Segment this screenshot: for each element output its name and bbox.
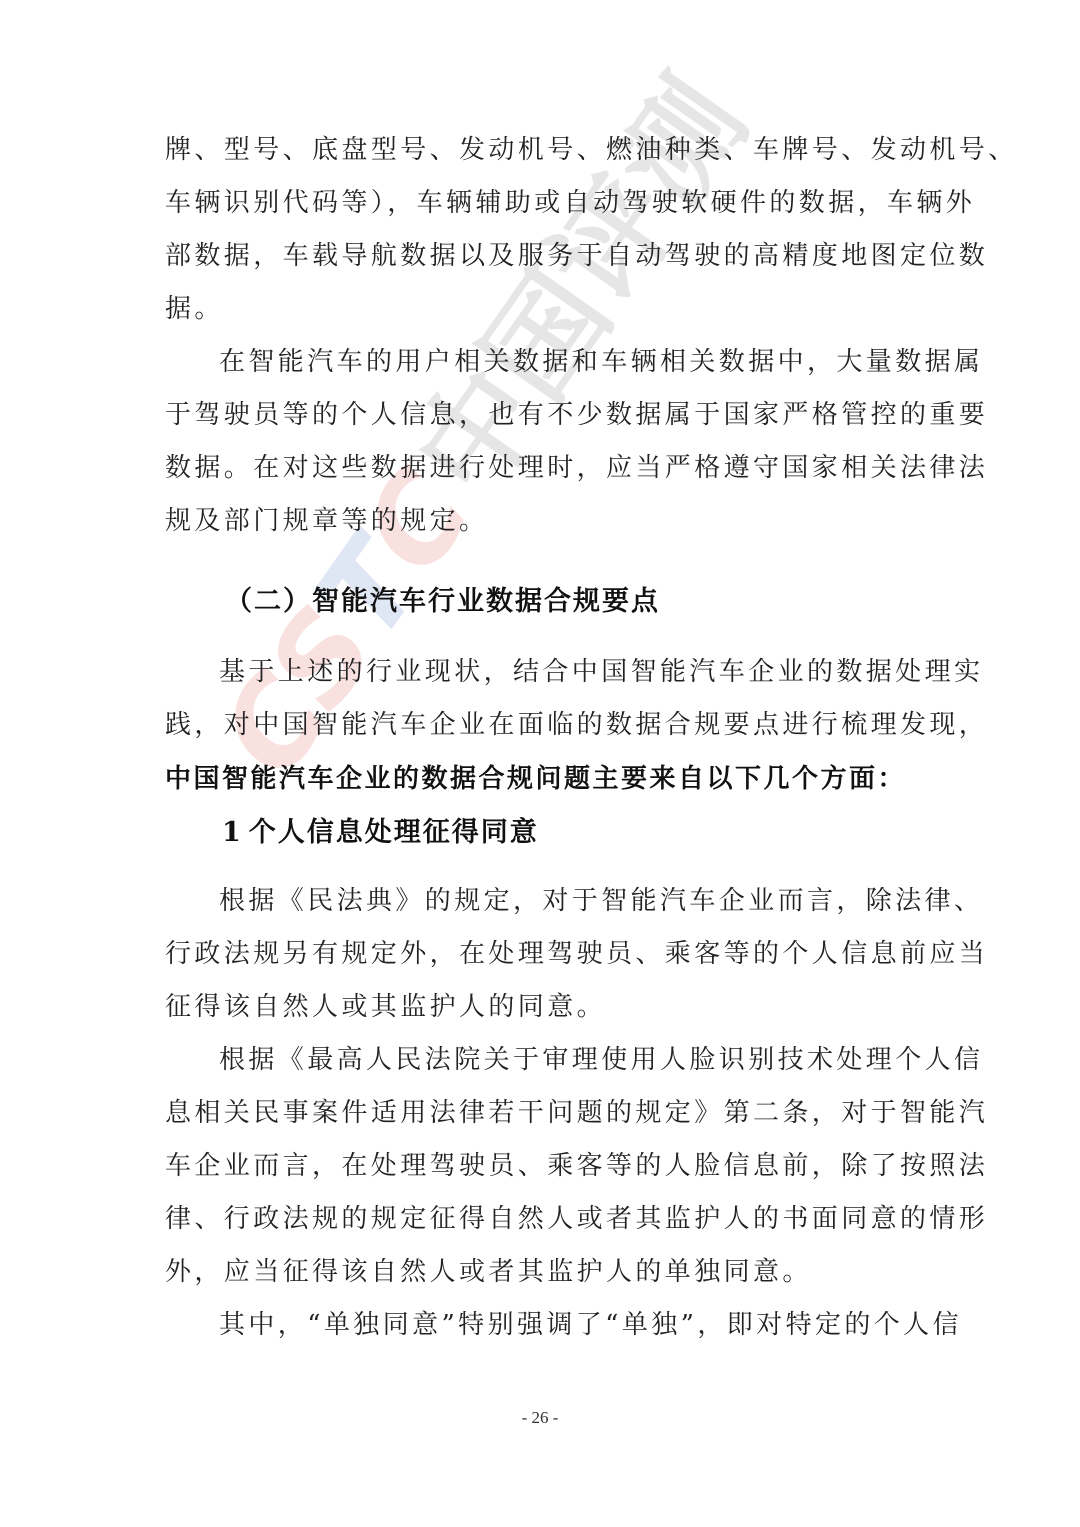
bold-text-line: 中国智能汽车企业的数据合规问题主要来自以下几个方面： [165,762,915,796]
text-line: 部数据，车载导航数据以及服务于自动驾驶的高精度地图定位数 [165,239,915,273]
text-line: 外，应当征得该自然人或者其监护人的单独同意。 [165,1255,915,1289]
text-line: 车企业而言，在处理驾驶员、乘客等的人脸信息前，除了按照法 [165,1149,915,1183]
text-line: 车辆识别代码等），车辆辅助或自动驾驶软硬件的数据，车辆外 [165,186,915,220]
section-heading: （二）智能汽车行业数据合规要点 [225,584,660,620]
subsection-heading: 1个人信息处理征得同意 [222,815,539,851]
text-line: 践，对中国智能汽车企业在面临的数据合规要点进行梳理发现， [165,708,915,742]
text-line: 其中，“单独同意”特别强调了“单独”，即对特定的个人信 [219,1308,915,1342]
subsection-number: 1 [222,817,243,848]
subsection-title: 个人信息处理征得同意 [249,817,539,848]
text-line: 根据《最高人民法院关于审理使用人脸识别技术处理个人信 [219,1043,915,1077]
text-line: 于驾驶员等的个人信息，也有不少数据属于国家严格管控的重要 [165,398,915,432]
text-line: 数据。在对这些数据进行处理时，应当严格遵守国家相关法律法 [165,451,915,485]
text-line: 行政法规另有规定外，在处理驾驶员、乘客等的个人信息前应当 [165,937,915,971]
text-line: 息相关民事案件适用法律若干问题的规定》第二条，对于智能汽 [165,1096,915,1130]
text-line: 基于上述的行业现状，结合中国智能汽车企业的数据处理实 [219,655,915,689]
text-line: 在智能汽车的用户相关数据和车辆相关数据中，大量数据属 [219,345,915,379]
page-number: - 26 - [0,1408,1080,1428]
document-page: CSTC中国评测 牌、型号、底盘型号、发动机号、燃油种类、车牌号、发动机号、 车… [0,0,1080,1527]
text-line: 规及部门规章等的规定。 [165,504,915,538]
text-line: 据。 [165,292,915,326]
text-line: 根据《民法典》的规定，对于智能汽车企业而言，除法律、 [219,884,915,918]
text-line: 牌、型号、底盘型号、发动机号、燃油种类、车牌号、发动机号、 [165,133,915,167]
text-line: 征得该自然人或其监护人的同意。 [165,990,915,1024]
text-line: 律、行政法规的规定征得自然人或者其监护人的书面同意的情形 [165,1202,915,1236]
